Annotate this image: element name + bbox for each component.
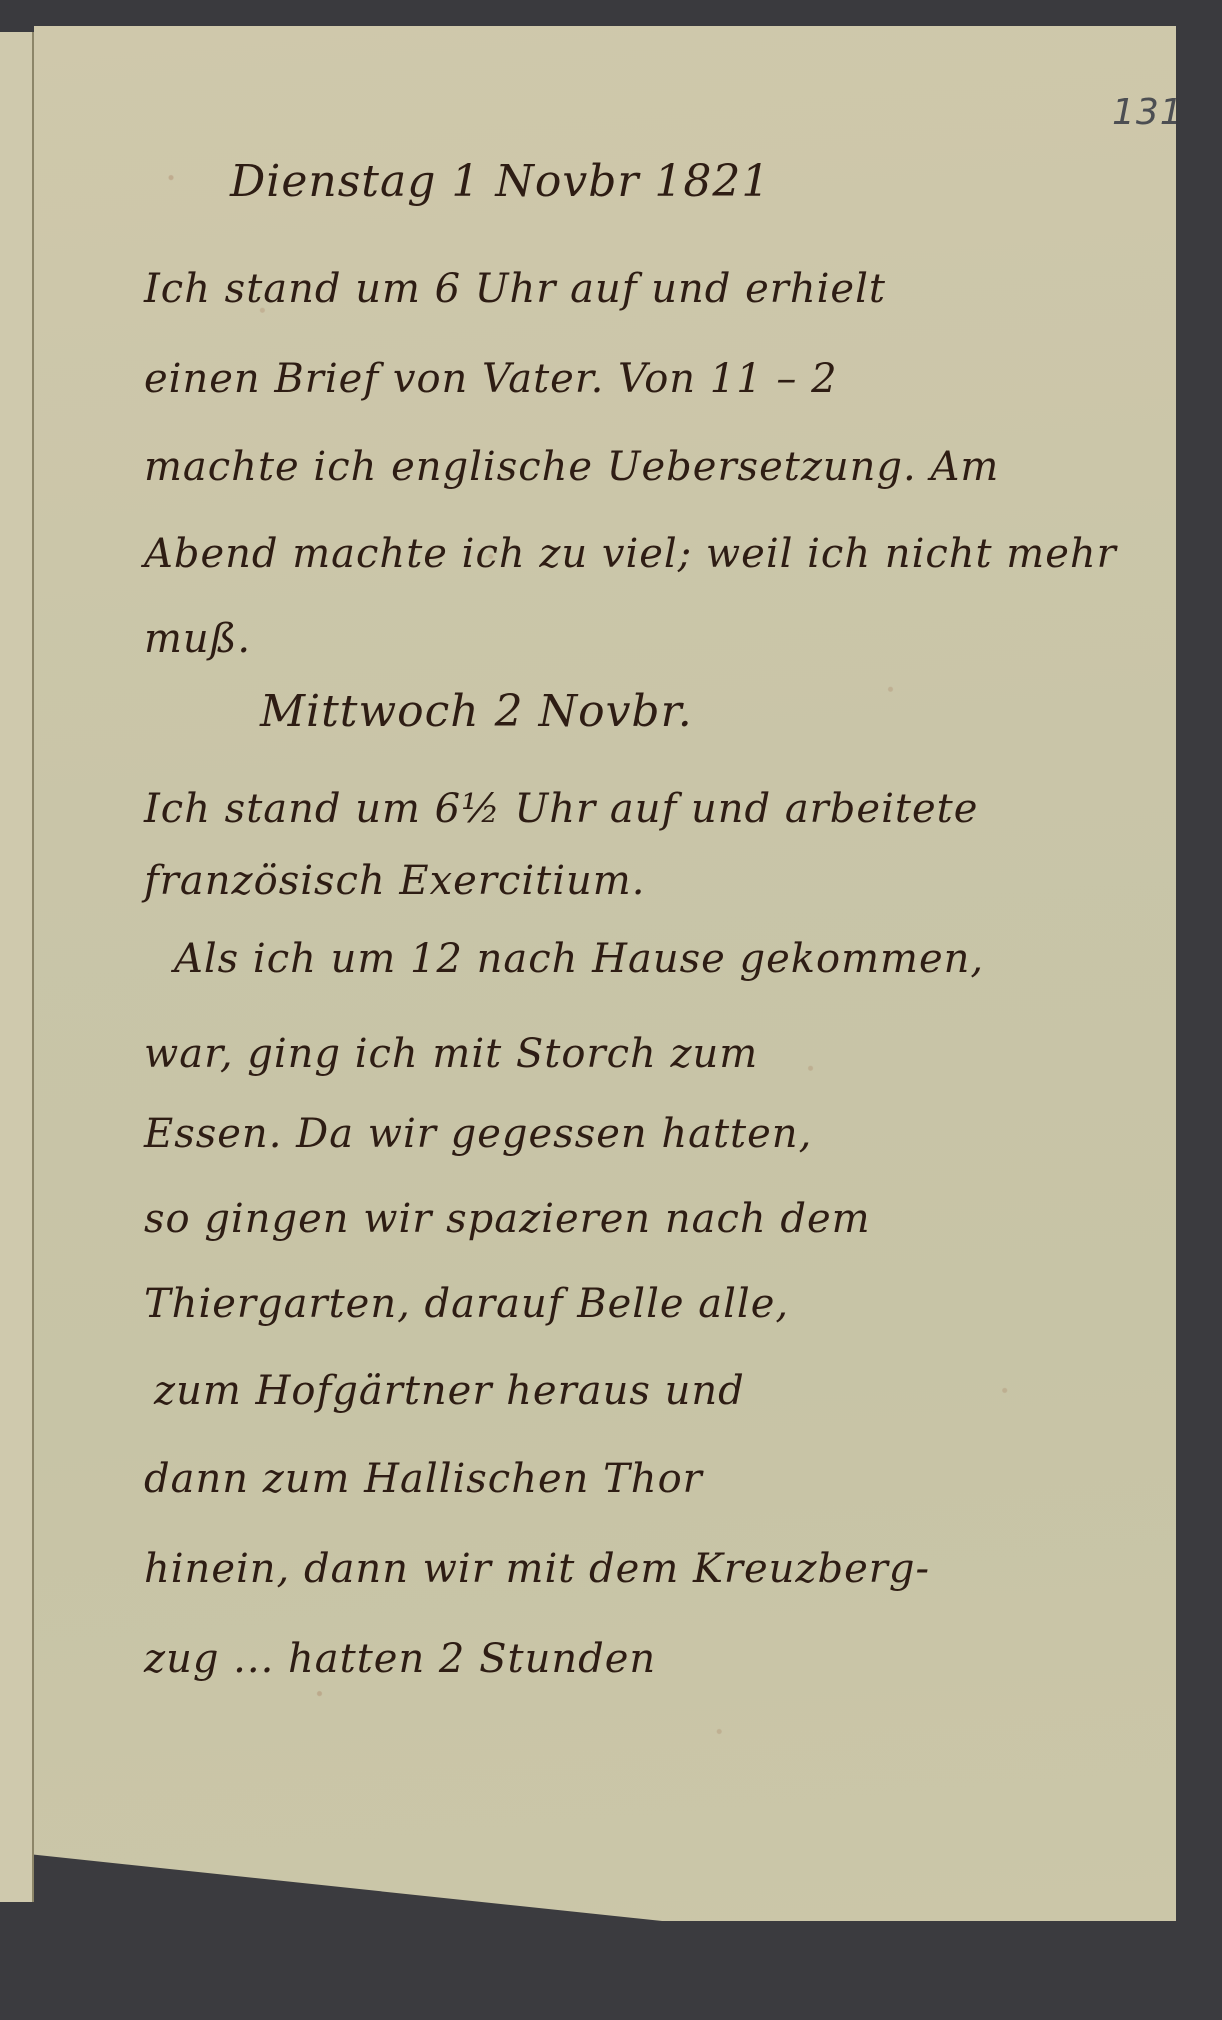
entry-line: zum Hofgärtner heraus und xyxy=(154,1368,745,1414)
entry-line: Essen. Da wir gegessen hatten, xyxy=(144,1111,812,1157)
page-number: 131 xyxy=(1112,92,1184,133)
entry-line: Thiergarten, darauf Belle alle, xyxy=(144,1281,789,1327)
entry-heading: Dienstag 1 Novbr 1821 xyxy=(230,156,770,207)
entry-line: französisch Exercitium. xyxy=(144,858,645,904)
entry-line: muß. xyxy=(144,616,251,662)
entry-line: einen Brief von Vater. Von 11 – 2 xyxy=(144,356,838,402)
previous-page-edge xyxy=(0,32,34,1902)
entry-line: war, ging ich mit Storch zum xyxy=(144,1031,758,1077)
diary-page: 131 Dienstag 1 Novbr 1821 Ich stand um 6… xyxy=(34,26,1176,1921)
entry-line: Als ich um 12 nach Hause gekommen, xyxy=(174,936,984,982)
entry-line: Ich stand um 6 Uhr auf und erhielt xyxy=(144,266,886,312)
entry-line: dann zum Hallischen Thor xyxy=(144,1456,703,1502)
entry-line: zug ... hatten 2 Stunden xyxy=(144,1636,656,1682)
entry-line: machte ich englische Uebersetzung. Am xyxy=(144,444,999,490)
entry-line: Abend machte ich zu viel; weil ich nicht… xyxy=(144,531,1117,577)
entry-line: hinein, dann wir mit dem Kreuzberg- xyxy=(144,1546,930,1592)
entry-line: Ich stand um 6½ Uhr auf und arbeitete xyxy=(144,786,978,832)
entry-line: so gingen wir spazieren nach dem xyxy=(144,1196,871,1242)
entry-heading: Mittwoch 2 Novbr. xyxy=(260,686,693,737)
